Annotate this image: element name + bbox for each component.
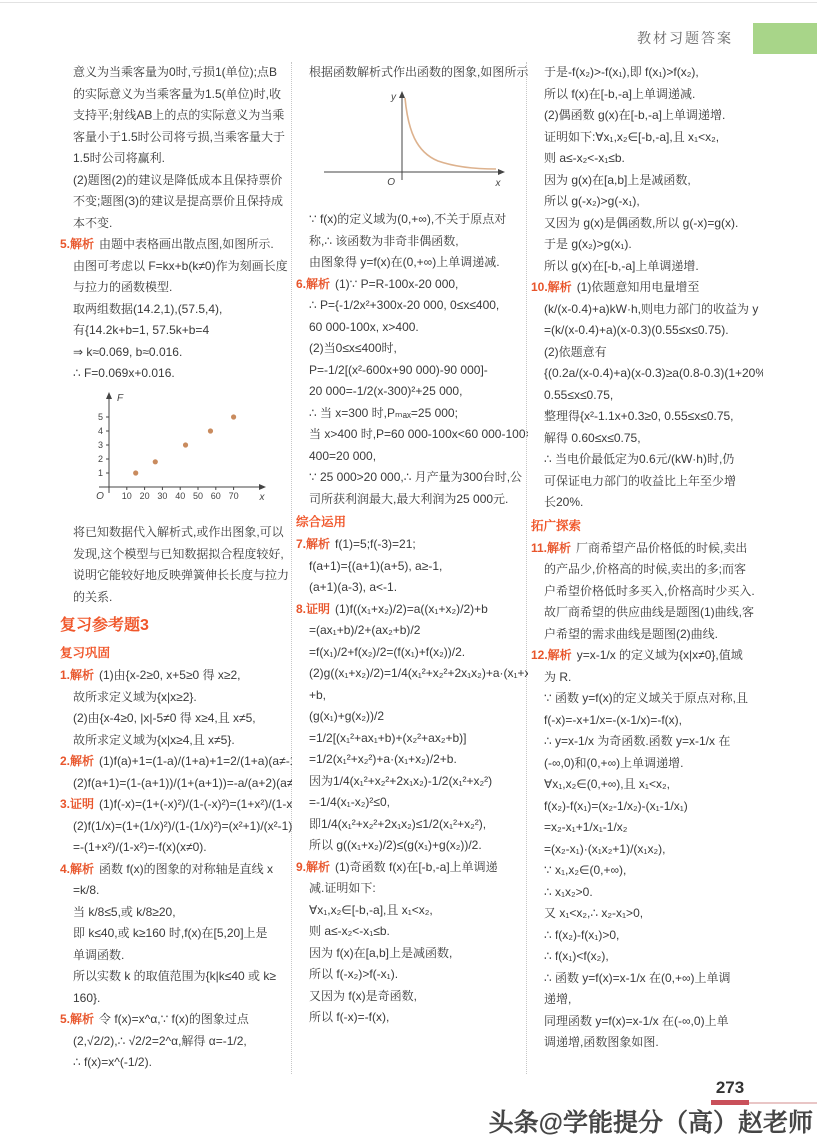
item-label: 4.解析 [60, 862, 94, 876]
line-text: y=x-1/x 的定义域为{x|x≠0},值域 [577, 648, 743, 662]
line-text: =(k/(x-0.4)+a)(x-0.3)(0.55≤x≤0.75). [544, 323, 729, 337]
line-text: 厂商希望产品价格低的时候,卖出 [576, 541, 747, 555]
line-text: 单调函数. [73, 948, 124, 962]
line-text: ∀x₁,x₂∈[-b,-a],且 x₁<x₂, [309, 903, 433, 917]
text-line: 因为 g(x)在[a,b]上是减函数, [531, 170, 763, 192]
line-text: (1)由{x-2≥0, x+5≥0 得 x≥2, [99, 668, 240, 682]
header-title: 教材习题答案 [637, 28, 733, 48]
line-text: 意义为当乘客量为0时,亏损1(单位);点B [73, 65, 277, 79]
text-line: 则 a≤-x₂<-x₁≤b. [531, 148, 763, 170]
line-text: 因为 f(x)在[a,b]上是减函数, [309, 946, 452, 960]
line-text: (2)当0≤x≤400时, [309, 341, 397, 355]
line-text: 函数 f(x)的图象的对称轴是直线 x [99, 862, 273, 876]
text-line: 故所求定义域为{x|x≥2}. [60, 687, 292, 709]
text-line: ⇒ k≈0.069, b≈0.016. [60, 342, 292, 364]
line-text: (2)题图(2)的建议是降低成本且保持票价 [73, 173, 282, 187]
line-text: 本不变. [73, 216, 112, 230]
text-line: 由图象得 y=f(x)在(0,+∞)上单调递减. [296, 252, 528, 274]
text-line: (a+1)(a-3), a<-1. [296, 577, 528, 599]
text-line: 5.解析由题中表格画出散点图,如图所示. [60, 234, 292, 256]
text-line: 证明如下:∀x₁,x₂∈[-b,-a],且 x₁<x₂, [531, 127, 763, 149]
line-text: 400=20 000, [309, 449, 376, 463]
text-line: 4.解析函数 f(x)的图象的对称轴是直线 x [60, 859, 292, 881]
text-line: 将已知数据代入解析式,或作出图象,可以 [60, 522, 292, 544]
text-line: (2)f(1/x)=(1+(1/x)²)/(1-(1/x)²)=(x²+1)/(… [60, 816, 292, 838]
line-text: (1)依题意知用电量增至 [577, 280, 700, 294]
text-line: 支持平;射线AB上的点的实际意义为当乘 [60, 105, 292, 127]
item-label: 7.解析 [296, 537, 330, 551]
line-text: =1/2(x₁²+x₂²)+a·(x₁+x₂)/2+b. [309, 752, 457, 766]
scatter-figure: FxO1234510203040506070 [60, 385, 292, 523]
line-text: (2)由{x-4≥0, |x|-5≠0 得 x≥4,且 x≠5, [73, 711, 256, 725]
text-line: f(x₂)-f(x₁)=(x₂-1/x₂)-(x₁-1/x₁) [531, 796, 763, 818]
line-text: 令 f(x)=x^α,∵ f(x)的图象过点 [99, 1012, 249, 1026]
line-text: (k/(x-0.4)+a)kW·h,则电力部门的收益为 y [544, 302, 758, 316]
header-green-tab [753, 23, 817, 54]
text-line: 整理得{x²-1.1x+0.3≥0, 0.55≤x≤0.75, [531, 406, 763, 428]
line-text: 户希望的需求曲线是题图(2)曲线. [544, 627, 718, 641]
text-line: ∴ f(x₂)-f(x₁)>0, [531, 925, 763, 947]
svg-text:x: x [259, 492, 266, 503]
text-line: =(k/(x-0.4)+a)(x-0.3)(0.55≤x≤0.75). [531, 320, 763, 342]
text-line: 故厂商希望的供应曲线是题图(1)曲线,客 [531, 602, 763, 624]
text-line: =f(x₁)/2+f(x₂)/2=(f(x₁)+f(x₂))/2. [296, 642, 528, 664]
line-text: 因为1/4(x₁²+x₂²+2x₁x₂)-1/2(x₁²+x₂²) [309, 774, 492, 788]
text-line: (2)偶函数 g(x)在[-b,-a]上单调递增. [531, 105, 763, 127]
line-text: ∴ 当 x=300 时,Pₘₐₓ=25 000; [309, 406, 458, 420]
text-line: f(-x)=-x+1/x=-(x-1/x)=-f(x), [531, 710, 763, 732]
text-line: (2)当0≤x≤400时, [296, 338, 528, 360]
line-text: 减.证明如下: [309, 881, 376, 895]
curve-figure: yxO [296, 84, 528, 210]
line-text: (1)f(a)+1=(1-a)/(1+a)+1=2/(1+a)(a≠-1). [99, 754, 292, 768]
svg-text:20: 20 [140, 491, 150, 501]
line-text: 所以 g(-x₂)>g(-x₁), [544, 194, 640, 208]
text-line: 的关系. [60, 587, 292, 609]
text-line: 客量小于1.5时公司将亏损,当乘客量大于 [60, 127, 292, 149]
text-line: 所以实数 k 的取值范围为{k|k≤40 或 k≥ [60, 966, 292, 988]
line-text: ∴ x₁x₂>0. [544, 885, 593, 899]
text-line: 所以 f(x)在[-b,-a]上单调递减. [531, 84, 763, 106]
text-line: 则 a≤-x₂<-x₁≤b. [296, 921, 528, 943]
item-label: 8.证明 [296, 602, 330, 616]
text-line: 说明它能较好地反映弹簧伸长长度与拉力 [60, 565, 292, 587]
svg-text:30: 30 [157, 491, 167, 501]
line-text: ∴ f(x₁)<f(x₂), [544, 949, 609, 963]
line-text: 的关系. [73, 590, 112, 604]
line-text: 所以 g((x₁+x₂)/2)≤(g(x₁)+g(x₂))/2. [309, 838, 482, 852]
text-line: 7.解析f(1)=5;f(-3)=21; [296, 534, 528, 556]
text-line: 减.证明如下: [296, 878, 528, 900]
section-heading: 复习参考题3 [60, 611, 292, 641]
line-text: =(x₂-x₁)·(x₁x₂+1)/(x₁x₂), [544, 842, 665, 856]
line-text: 可保证电力部门的收益比上年至少增 [544, 474, 736, 488]
line-text: 发现,这个模型与已知数据拟合程度较好, [73, 547, 284, 561]
line-text: (2)f(1/x)=(1+(1/x)²)/(1-(1/x)²)=(x²+1)/(… [73, 819, 292, 833]
text-line: 所以 f(-x₂)>f(-x₁). [296, 964, 528, 986]
text-line: f(a+1)={(a+1)(a+5), a≥-1, [296, 556, 528, 578]
svg-text:60: 60 [211, 491, 221, 501]
text-line: (k/(x-0.4)+a)kW·h,则电力部门的收益为 y [531, 299, 763, 321]
line-text: 故厂商希望的供应曲线是题图(1)曲线,客 [544, 605, 754, 619]
line-text: 由图可考虑以 F=kx+b(k≠0)作为刻画长度 [73, 259, 288, 273]
line-text: 调递增,函数图象如图. [544, 1035, 659, 1049]
text-line: ∀x₁,x₂∈[-b,-a],且 x₁<x₂, [296, 900, 528, 922]
text-line: 2.解析(1)f(a)+1=(1-a)/(1+a)+1=2/(1+a)(a≠-1… [60, 751, 292, 773]
watermark: 头条@学能提分（高）赵老师 [489, 1103, 813, 1139]
text-line: 又 x₁<x₂,∴ x₂-x₁>0, [531, 903, 763, 925]
text-line: (g(x₁)+g(x₂))/2 [296, 706, 528, 728]
text-line: 于是 g(x₂)>g(x₁). [531, 234, 763, 256]
text-line: 单调函数. [60, 945, 292, 967]
line-text: 递增, [544, 992, 571, 1006]
text-line: 长20%. [531, 492, 763, 514]
line-text: 由题中表格画出散点图,如图所示. [99, 237, 274, 251]
text-line: 当 k/8≤5,或 k/8≥20, [60, 902, 292, 924]
line-text: f(x₂)-f(x₁)=(x₂-1/x₂)-(x₁-1/x₁) [544, 799, 688, 813]
text-line: 可保证电力部门的收益比上年至少增 [531, 471, 763, 493]
text-line: 0.55≤x≤0.75, [531, 385, 763, 407]
subsection-heading: 综合运用 [296, 510, 528, 534]
line-text: ∴ P={-1/2x²+300x-20 000, 0≤x≤400, [309, 298, 499, 312]
text-line: ∴ 当 x=300 时,Pₘₐₓ=25 000; [296, 403, 528, 425]
text-line: 发现,这个模型与已知数据拟合程度较好, [60, 544, 292, 566]
text-line: ∴ F=0.069x+0.016. [60, 363, 292, 385]
text-line: 9.解析(1)奇函数 f(x)在[-b,-a]上单调递 [296, 857, 528, 879]
line-text: 户希望价格低时多买入,价格高时少买入. [544, 584, 755, 598]
line-text: 长20%. [544, 495, 583, 509]
line-text: 20 000=-1/2(x-300)²+25 000, [309, 384, 462, 398]
text-line: 所以 g(x)在[-b,-a]上单调递增. [531, 256, 763, 278]
text-line: ∴ f(x₁)<f(x₂), [531, 946, 763, 968]
scatter-plot: FxO1234510203040506070 [83, 389, 269, 513]
text-line: ∴ 当电价最低定为0.6元/(kW·h)时,仍 [531, 449, 763, 471]
line-text: =-1/4(x₁-x₂)²≤0, [309, 795, 390, 809]
line-text: 同理函数 y=f(x)=x-1/x 在(-∞,0)上单 [544, 1014, 729, 1028]
line-text: 的实际意义为当乘客量为1.5(单位)时,收 [73, 87, 281, 101]
line-text: 支持平;射线AB上的点的实际意义为当乘 [73, 108, 284, 122]
function-graph: yxO [312, 88, 512, 200]
item-label: 2.解析 [60, 754, 94, 768]
page-top-edge [0, 2, 817, 3]
line-text: ∴ y=x-1/x 为奇函数.函数 y=x-1/x 在 [544, 734, 730, 748]
line-text: f(a+1)={(a+1)(a+5), a≥-1, [309, 559, 442, 573]
text-line: 因为1/4(x₁²+x₂²+2x₁x₂)-1/2(x₁²+x₂²) [296, 771, 528, 793]
svg-text:3: 3 [98, 440, 103, 450]
line-text: 0.55≤x≤0.75, [544, 388, 613, 402]
text-line: (2)f(a+1)=(1-(a+1))/(1+(a+1))=-a/(a+2)(a… [60, 773, 292, 795]
line-text: ∴ f(x)=x^(-1/2). [73, 1055, 152, 1069]
page-number: 273 [710, 1078, 750, 1098]
text-line: 又因为 g(x)是偶函数,所以 g(-x)=g(x). [531, 213, 763, 235]
svg-text:50: 50 [193, 491, 203, 501]
text-line: 60 000-100x, x>400. [296, 317, 528, 339]
column-2: 根据函数解析式作出函数的图象,如图所示.yxO∵ f(x)的定义域为(0,+∞)… [296, 62, 528, 1080]
line-text: {(0.2a/(x-0.4)+a)(x-0.3)≥a(0.8-0.3)(1+20… [544, 366, 763, 380]
item-label: 10.解析 [531, 280, 572, 294]
text-line: 当 x>400 时,P=60 000-100x<60 000-100× [296, 424, 528, 446]
line-text: (2)偶函数 g(x)在[-b,-a]上单调递增. [544, 108, 725, 122]
text-line: 由图可考虑以 F=kx+b(k≠0)作为刻画长度 [60, 256, 292, 278]
text-line: 于是-f(x₂)>-f(x₁),即 f(x₁)>f(x₂), [531, 62, 763, 84]
text-line: 1.5时公司将赢利. [60, 148, 292, 170]
svg-text:5: 5 [98, 412, 103, 422]
text-line: ∀x₁,x₂∈(0,+∞),且 x₁<x₂, [531, 774, 763, 796]
text-line: +b, [296, 685, 528, 707]
text-line: 160}. [60, 988, 292, 1010]
line-text: 又因为 g(x)是偶函数,所以 g(-x)=g(x). [544, 216, 738, 230]
line-text: 当 x>400 时,P=60 000-100x<60 000-100× [309, 427, 528, 441]
item-label: 9.解析 [296, 860, 330, 874]
line-text: 所以 f(-x)=-f(x), [309, 1010, 389, 1024]
subsection-heading: 拓广探索 [531, 514, 763, 538]
text-line: 10.解析(1)依题意知用电量增至 [531, 277, 763, 299]
svg-text:x: x [495, 178, 502, 189]
text-line: 所以 f(-x)=-f(x), [296, 1007, 528, 1029]
line-text: =1/2[(x₁²+ax₁+b)+(x₂²+ax₂+b)] [309, 731, 466, 745]
text-line: 所以 g(-x₂)>g(-x₁), [531, 191, 763, 213]
text-line: 又因为 f(x)是奇函数, [296, 986, 528, 1008]
line-text: ∴ f(x₂)-f(x₁)>0, [544, 928, 619, 942]
line-text: ∴ 函数 y=f(x)=x-1/x 在(0,+∞)上单调 [544, 971, 731, 985]
text-line: =x₂-x₁+1/x₁-1/x₂ [531, 817, 763, 839]
text-line: 根据函数解析式作出函数的图象,如图所示. [296, 62, 528, 84]
line-text: ∀x₁,x₂∈(0,+∞),且 x₁<x₂, [544, 777, 670, 791]
line-text: 又因为 f(x)是奇函数, [309, 989, 417, 1003]
line-text: 整理得{x²-1.1x+0.3≥0, 0.55≤x≤0.75, [544, 409, 734, 423]
line-text: 即 k≤40,或 k≥160 时,f(x)在[5,20]上是 [73, 926, 268, 940]
svg-text:F: F [117, 393, 124, 404]
line-text: (1)f((x₁+x₂)/2)=a((x₁+x₂)/2)+b [335, 602, 488, 616]
line-text: f(1)=5;f(-3)=21; [335, 537, 416, 551]
line-text: ⇒ k≈0.069, b≈0.016. [73, 345, 182, 359]
text-line: 称,∴ 该函数为非奇非偶函数, [296, 231, 528, 253]
svg-text:O: O [387, 177, 395, 188]
item-label: 6.解析 [296, 277, 330, 291]
text-line: 不变;题图(3)的建议是提高票价且保持成 [60, 191, 292, 213]
line-text: 160}. [73, 991, 100, 1005]
line-text: 则 a≤-x₂<-x₁≤b. [309, 924, 390, 938]
text-line: 5.解析令 f(x)=x^α,∵ f(x)的图象过点 [60, 1009, 292, 1031]
text-line: 户希望的需求曲线是题图(2)曲线. [531, 624, 763, 646]
line-text: 因为 g(x)在[a,b]上是减函数, [544, 173, 691, 187]
line-text: =-(1+x²)/(1-x²)=-f(x)(x≠0). [73, 840, 207, 854]
line-text: =(ax₁+b)/2+(ax₂+b)/2 [309, 623, 420, 637]
column-1: 意义为当乘客量为0时,亏损1(单位);点B的实际意义为当乘客量为1.5(单位)时… [60, 62, 292, 1080]
text-line: 户希望价格低时多买入,价格高时少买入. [531, 581, 763, 603]
line-text: 故所求定义域为{x|x≥4,且 x≠5}. [73, 733, 235, 747]
svg-text:y: y [390, 92, 397, 103]
text-line: 即 k≤40,或 k≥160 时,f(x)在[5,20]上是 [60, 923, 292, 945]
text-line: =1/2[(x₁²+ax₁+b)+(x₂²+ax₂+b)] [296, 728, 528, 750]
line-text: 将已知数据代入解析式,或作出图象,可以 [73, 525, 284, 539]
line-text: 60 000-100x, x>400. [309, 320, 419, 334]
text-line: ∵ f(x)的定义域为(0,+∞),不关于原点对 [296, 209, 528, 231]
text-line: =k/8. [60, 880, 292, 902]
line-text: 所以 g(x)在[-b,-a]上单调递增. [544, 259, 699, 273]
text-line: =1/2(x₁²+x₂²)+a·(x₁+x₂)/2+b. [296, 749, 528, 771]
item-label: 5.解析 [60, 237, 94, 251]
line-text: (g(x₁)+g(x₂))/2 [309, 709, 384, 723]
line-text: ∴ 当电价最低定为0.6元/(kW·h)时,仍 [544, 452, 734, 466]
line-text: 解得 0.60≤x≤0.75, [544, 431, 641, 445]
line-text: 于是 g(x₂)>g(x₁). [544, 237, 632, 251]
line-text: +b, [309, 688, 326, 702]
line-text: 即1/4(x₁²+x₂²+2x₁x₂)≤1/2(x₁²+x₂²), [309, 817, 486, 831]
line-text: ∵ x₁,x₂∈(0,+∞), [544, 863, 626, 877]
line-text: (1)奇函数 f(x)在[-b,-a]上单调递 [335, 860, 498, 874]
text-line: 即1/4(x₁²+x₂²+2x₁x₂)≤1/2(x₁²+x₂²), [296, 814, 528, 836]
text-line: (2)由{x-4≥0, |x|-5≠0 得 x≥4,且 x≠5, [60, 708, 292, 730]
line-text: 证明如下:∀x₁,x₂∈[-b,-a],且 x₁<x₂, [544, 130, 719, 144]
line-text: (1)∵ P=R-100x-20 000, [335, 277, 458, 291]
text-line: =(x₂-x₁)·(x₁x₂+1)/(x₁x₂), [531, 839, 763, 861]
svg-text:1: 1 [98, 468, 103, 478]
text-line: =(ax₁+b)/2+(ax₂+b)/2 [296, 620, 528, 642]
line-text: 取两组数据(14.2,1),(57.5,4), [73, 302, 222, 316]
text-line: 3.证明(1)f(-x)=(1+(-x)²)/(1-(-x)²)=(1+x²)/… [60, 794, 292, 816]
item-label: 1.解析 [60, 668, 94, 682]
text-line: 解得 0.60≤x≤0.75, [531, 428, 763, 450]
text-line: 有{14.2k+b=1, 57.5k+b=4 [60, 320, 292, 342]
line-text: (a+1)(a-3), a<-1. [309, 580, 397, 594]
line-text: ∵ 25 000>20 000,∴ 月产量为300台时,公 [309, 470, 522, 484]
text-line: =-(1+x²)/(1-x²)=-f(x)(x≠0). [60, 837, 292, 859]
line-text: P=-1/2[(x²-600x+90 000)-90 000]- [309, 363, 488, 377]
text-line: ∴ x₁x₂>0. [531, 882, 763, 904]
line-text: (1)f(-x)=(1+(-x)²)/(1-(-x)²)=(1+x²)/(1-x… [99, 797, 292, 811]
text-line: 故所求定义域为{x|x≥4,且 x≠5}. [60, 730, 292, 752]
text-line: ∴ f(x)=x^(-1/2). [60, 1052, 292, 1074]
svg-text:2: 2 [98, 454, 103, 464]
line-text: 由图象得 y=f(x)在(0,+∞)上单调递减. [309, 255, 500, 269]
text-line: (2,√2/2),∴ √2/2=2^α,解得 α=-1/2, [60, 1031, 292, 1053]
line-text: 又 x₁<x₂,∴ x₂-x₁>0, [544, 906, 643, 920]
text-line: 的产品少,价格高的时候,卖出的多;而客 [531, 559, 763, 581]
item-label: 11.解析 [531, 541, 571, 555]
text-line: 6.解析(1)∵ P=R-100x-20 000, [296, 274, 528, 296]
text-line: P=-1/2[(x²-600x+90 000)-90 000]- [296, 360, 528, 382]
line-text: (2)依题意有 [544, 345, 607, 359]
text-line: 同理函数 y=f(x)=x-1/x 在(-∞,0)上单 [531, 1011, 763, 1033]
text-line: 11.解析厂商希望产品价格低的时候,卖出 [531, 538, 763, 560]
svg-text:70: 70 [229, 491, 239, 501]
svg-text:O: O [96, 491, 104, 502]
text-line: 意义为当乘客量为0时,亏损1(单位);点B [60, 62, 292, 84]
text-line: ∴ 函数 y=f(x)=x-1/x 在(0,+∞)上单调 [531, 968, 763, 990]
text-line: 因为 f(x)在[a,b]上是减函数, [296, 943, 528, 965]
line-text: 所以 f(x)在[-b,-a]上单调递减. [544, 87, 695, 101]
line-text: 的产品少,价格高的时候,卖出的多;而客 [544, 562, 746, 576]
line-text: ∴ F=0.069x+0.016. [73, 366, 175, 380]
line-text: 1.5时公司将赢利. [73, 151, 165, 165]
text-line: ∴ P={-1/2x²+300x-20 000, 0≤x≤400, [296, 295, 528, 317]
line-text: 称,∴ 该函数为非奇非偶函数, [309, 234, 459, 248]
line-text: 说明它能较好地反映弹簧伸长长度与拉力 [73, 568, 289, 582]
line-text: f(-x)=-x+1/x=-(x-1/x)=-f(x), [544, 713, 682, 727]
line-text: 客量小于1.5时公司将亏损,当乘客量大于 [73, 130, 285, 144]
item-label: 5.解析 [60, 1012, 94, 1026]
line-text: 当 k/8≤5,或 k/8≥20, [73, 905, 176, 919]
text-line: 本不变. [60, 213, 292, 235]
line-text: 所以实数 k 的取值范围为{k|k≤40 或 k≥ [73, 969, 276, 983]
text-line: 所以 g((x₁+x₂)/2)≤(g(x₁)+g(x₂))/2. [296, 835, 528, 857]
line-text: =x₂-x₁+1/x₁-1/x₂ [544, 820, 627, 834]
line-text: 故所求定义域为{x|x≥2}. [73, 690, 197, 704]
text-line: (2)题图(2)的建议是降低成本且保持票价 [60, 170, 292, 192]
text-line: 的实际意义为当乘客量为1.5(单位)时,收 [60, 84, 292, 106]
text-line: 20 000=-1/2(x-300)²+25 000, [296, 381, 528, 403]
text-line: 1.解析(1)由{x-2≥0, x+5≥0 得 x≥2, [60, 665, 292, 687]
line-text: 则 a≤-x₂<-x₁≤b. [544, 151, 625, 165]
text-line: =-1/4(x₁-x₂)²≤0, [296, 792, 528, 814]
line-text: 不变;题图(3)的建议是提高票价且保持成 [73, 194, 283, 208]
svg-text:4: 4 [98, 426, 103, 436]
text-line: (2)依题意有 [531, 342, 763, 364]
text-line: 调递增,函数图象如图. [531, 1032, 763, 1054]
line-text: 有{14.2k+b=1, 57.5k+b=4 [73, 323, 209, 337]
line-text: 所以 f(-x₂)>f(-x₁). [309, 967, 398, 981]
text-line: (2)g((x₁+x₂)/2)=1/4(x₁²+x₂²+2x₁x₂)+a·(x₁… [296, 663, 528, 685]
text-line: 取两组数据(14.2,1),(57.5,4), [60, 299, 292, 321]
text-line: 司所获利润最大,最大利润为25 000元. [296, 489, 528, 511]
text-line: 与拉力的函数模型. [60, 277, 292, 299]
item-label: 3.证明 [60, 797, 94, 811]
text-line: 为 R. [531, 667, 763, 689]
line-text: (2)g((x₁+x₂)/2)=1/4(x₁²+x₂²+2x₁x₂)+a·(x₁… [309, 666, 528, 680]
line-text: 于是-f(x₂)>-f(x₁),即 f(x₁)>f(x₂), [544, 65, 699, 79]
line-text: (-∞,0)和(0,+∞)上单调递增. [544, 756, 683, 770]
line-text: (2)f(a+1)=(1-(a+1))/(1+(a+1))=-a/(a+2)(a… [73, 776, 292, 790]
line-text: (2,√2/2),∴ √2/2=2^α,解得 α=-1/2, [73, 1034, 247, 1048]
text-line: (-∞,0)和(0,+∞)上单调递增. [531, 753, 763, 775]
line-text: 司所获利润最大,最大利润为25 000元. [309, 492, 508, 506]
text-line: ∵ 函数 y=f(x)的定义域关于原点对称,且 [531, 688, 763, 710]
text-line: {(0.2a/(x-0.4)+a)(x-0.3)≥a(0.8-0.3)(1+20… [531, 363, 763, 385]
text-line: 8.证明(1)f((x₁+x₂)/2)=a((x₁+x₂)/2)+b [296, 599, 528, 621]
line-text: =f(x₁)/2+f(x₂)/2=(f(x₁)+f(x₂))/2. [309, 645, 465, 659]
text-line: 12.解析y=x-1/x 的定义域为{x|x≠0},值域 [531, 645, 763, 667]
svg-text:40: 40 [175, 491, 185, 501]
line-text: ∵ 函数 y=f(x)的定义域关于原点对称,且 [544, 691, 748, 705]
line-text: 根据函数解析式作出函数的图象,如图所示. [309, 65, 528, 79]
column-3: 于是-f(x₂)>-f(x₁),即 f(x₁)>f(x₂),所以 f(x)在[-… [531, 62, 763, 1080]
text-line: ∵ 25 000>20 000,∴ 月产量为300台时,公 [296, 467, 528, 489]
line-text: ∵ f(x)的定义域为(0,+∞),不关于原点对 [309, 212, 506, 226]
text-line: 递增, [531, 989, 763, 1011]
text-line: 400=20 000, [296, 446, 528, 468]
text-line: ∵ x₁,x₂∈(0,+∞), [531, 860, 763, 882]
svg-text:10: 10 [122, 491, 132, 501]
line-text: 与拉力的函数模型. [73, 280, 172, 294]
subsection-heading: 复习巩固 [60, 641, 292, 665]
line-text: =k/8. [73, 883, 99, 897]
item-label: 12.解析 [531, 648, 572, 662]
text-line: ∴ y=x-1/x 为奇函数.函数 y=x-1/x 在 [531, 731, 763, 753]
line-text: 为 R. [544, 670, 571, 684]
